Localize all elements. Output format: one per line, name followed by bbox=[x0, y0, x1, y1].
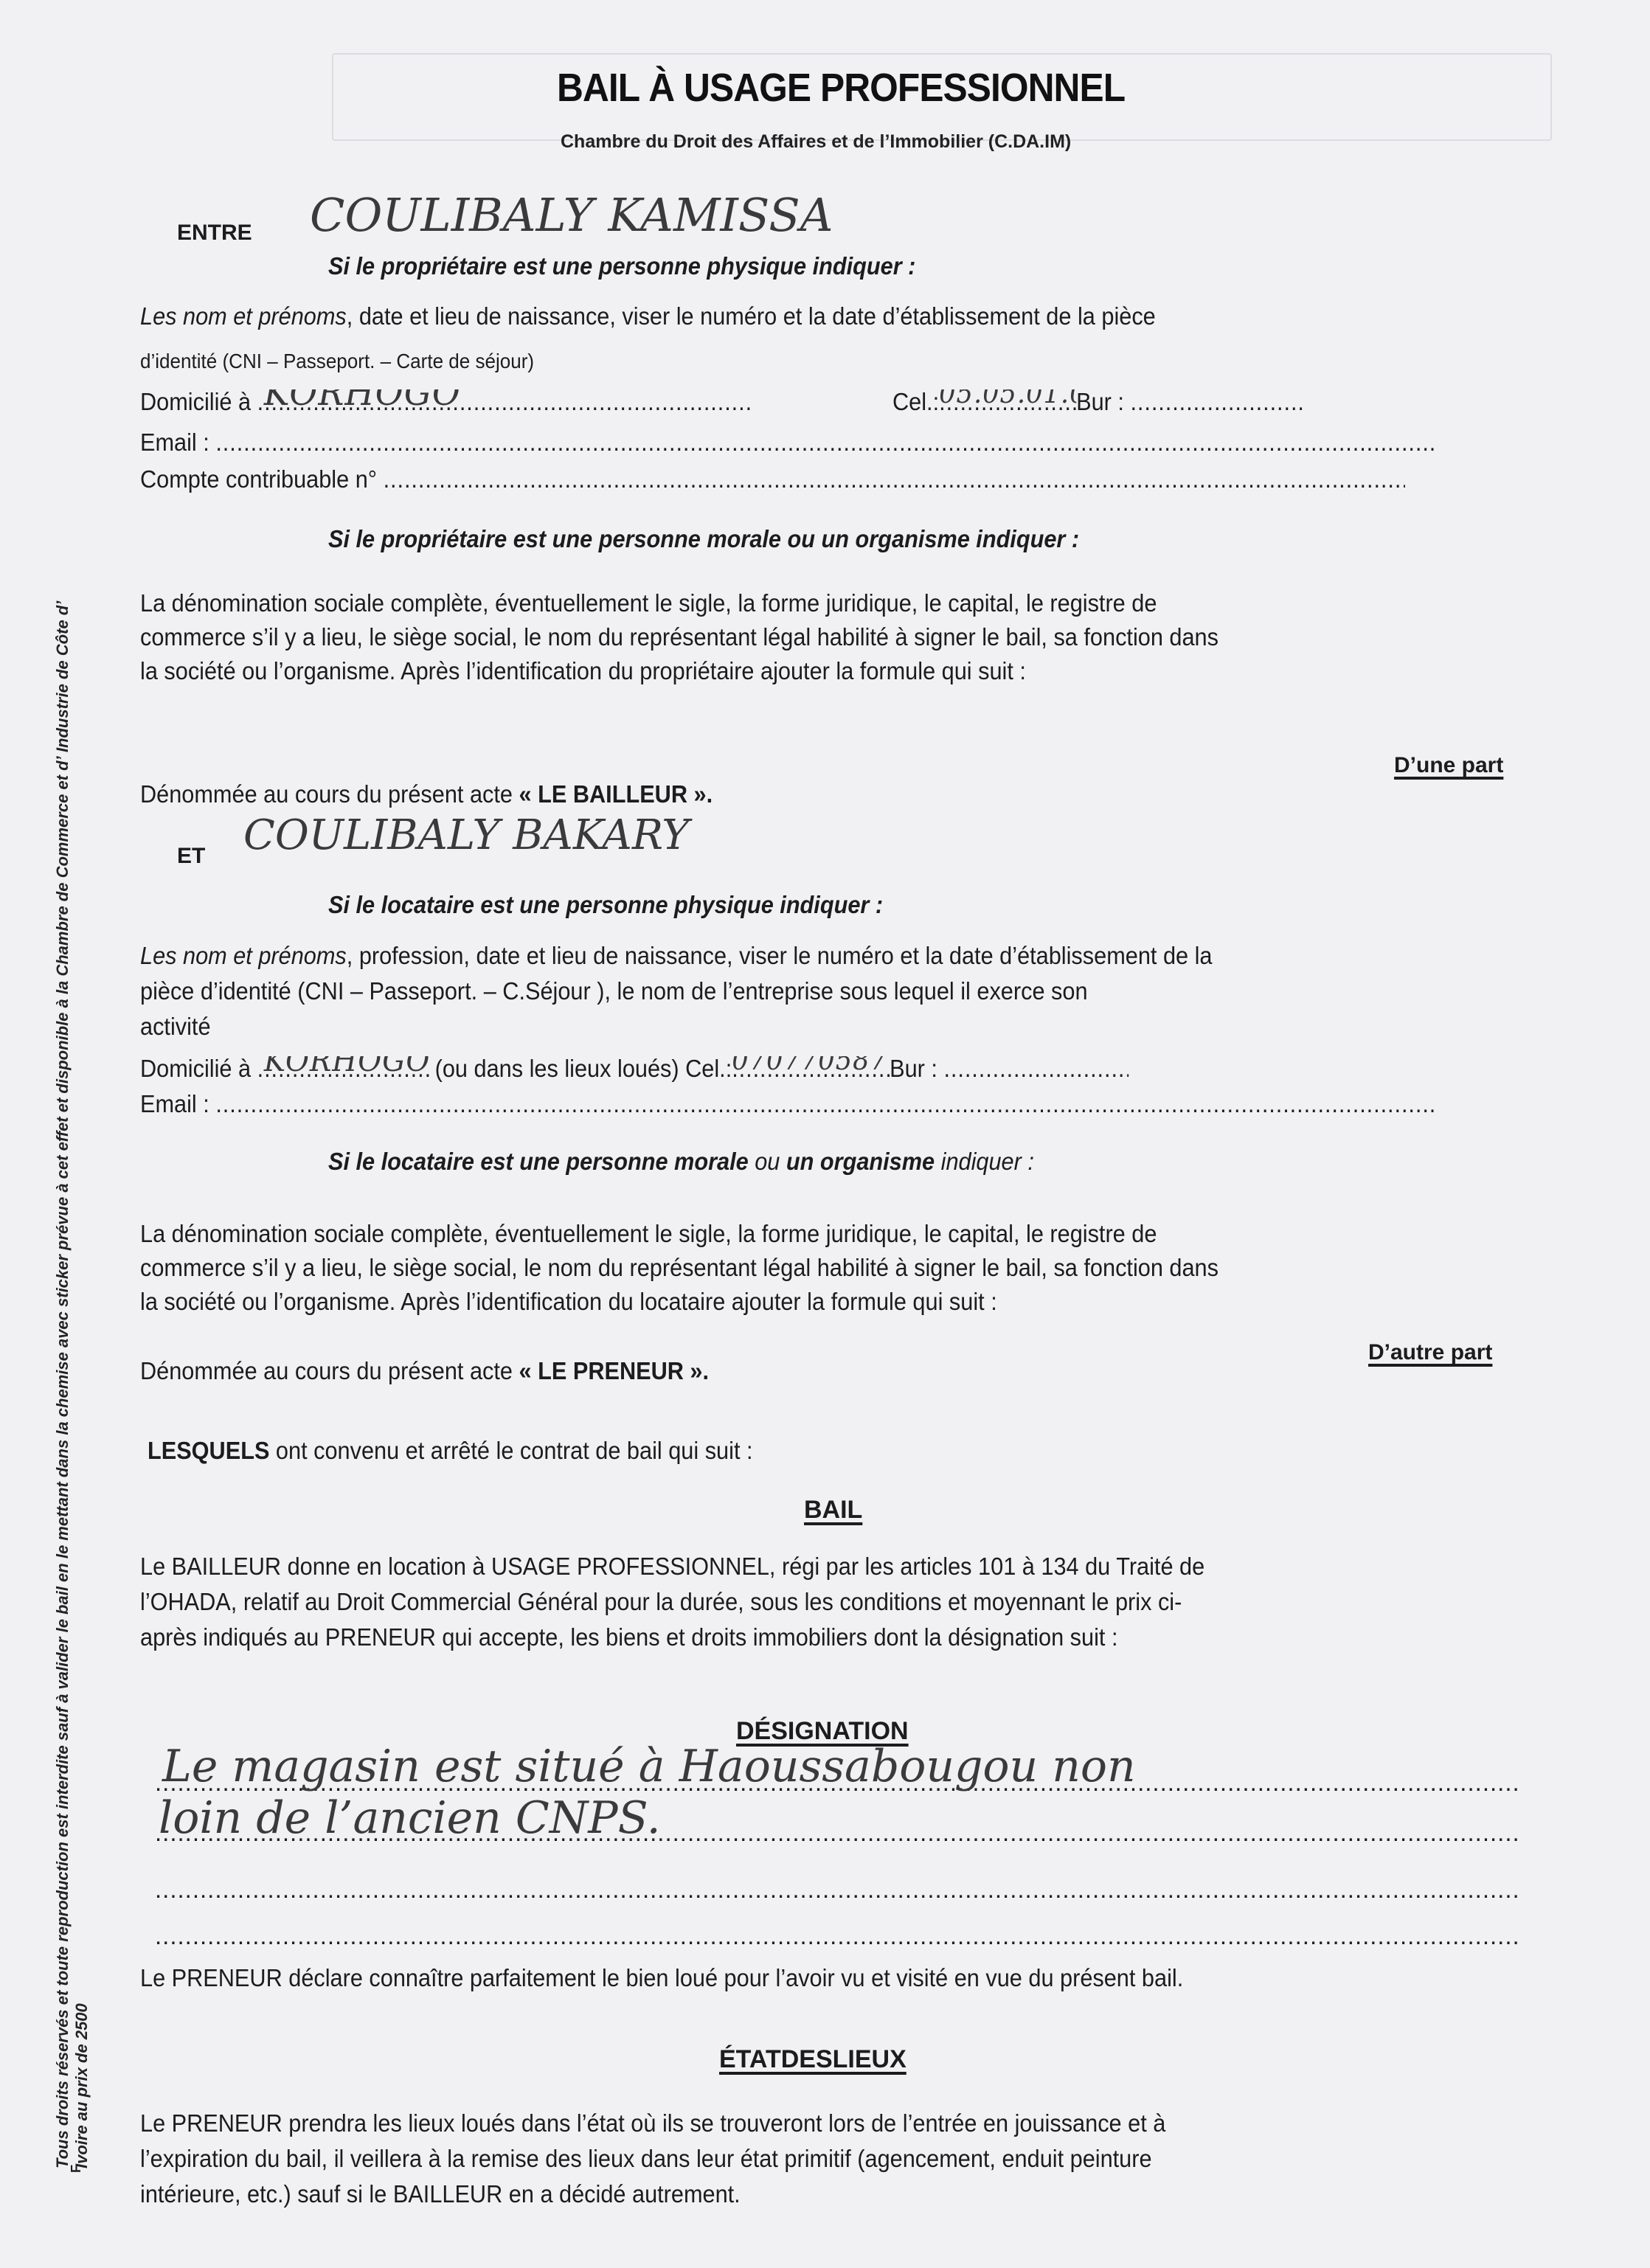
document-subtitle: Chambre du Droit des Affaires et de l’Im… bbox=[561, 131, 1071, 153]
entre-label: ENTRE bbox=[177, 221, 252, 245]
bailleur-bur-field[interactable]: ........................................… bbox=[1130, 389, 1301, 415]
bailleur-morale-line: la société ou l’organisme. Après l’ident… bbox=[140, 654, 1219, 688]
bailleur-role: « LE BAILLEUR ». bbox=[519, 780, 713, 808]
etat-line: Le PRENEUR prendra les lieux loués dans … bbox=[140, 2106, 1165, 2141]
bailleur-name-field[interactable]: COULIBALY KAMISSA bbox=[310, 188, 833, 242]
et-label: ET bbox=[177, 845, 205, 868]
bailleur-email-label: Email : bbox=[140, 429, 209, 456]
designation-declaration: Le PRENEUR déclare connaître parfaitemen… bbox=[140, 1966, 1183, 1991]
side-mark: F bbox=[69, 2165, 84, 2173]
designation-line-3[interactable]: ........................................… bbox=[155, 1877, 1527, 1903]
bail-line: l’OHADA, relatif au Droit Commercial Gén… bbox=[140, 1584, 1204, 1620]
bail-heading: BAIL bbox=[804, 1497, 862, 1524]
designation-handwritten-2: loin de l’ancien CNPS. bbox=[159, 1792, 661, 1844]
bailleur-denomination-prefix: Dénommée au cours du présent acte bbox=[140, 780, 513, 808]
bailleur-bur-label: Bur : bbox=[1076, 388, 1124, 415]
preneur-physique-line3: activité bbox=[140, 1009, 1213, 1044]
bail-line: Le BAILLEUR donne en location à USAGE PR… bbox=[140, 1549, 1204, 1584]
side-notice: Tous droits réservés et toute reproducti… bbox=[53, 572, 91, 2168]
bailleur-cel-field[interactable]: ........................................… bbox=[939, 389, 1076, 415]
d-autre-part-label: D’autre part bbox=[1368, 1341, 1492, 1364]
preneur-bur-field[interactable]: ........................................… bbox=[943, 1056, 1129, 1082]
bail-line: après indiqués au PRENEUR qui accepte, l… bbox=[140, 1620, 1204, 1655]
d-une-part-label: D’une part bbox=[1394, 754, 1503, 777]
preneur-email-field[interactable]: ........................................… bbox=[215, 1092, 1436, 1117]
document-title: BAIL À USAGE PROFESSIONNEL bbox=[557, 65, 1125, 111]
preneur-bur-label: Bur : bbox=[890, 1055, 937, 1082]
preneur-name-field[interactable]: COULIBALY BAKARY bbox=[243, 811, 689, 859]
preneur-cel-field[interactable]: ........................................… bbox=[732, 1056, 890, 1082]
bailleur-email-field[interactable]: ........................................… bbox=[215, 430, 1436, 456]
bailleur-cel-label: Cel.: bbox=[892, 388, 939, 415]
bailleur-morale-heading: Si le propriétaire est une personne mora… bbox=[328, 525, 1079, 553]
preneur-physique-heading: Si le locataire est une personne physiqu… bbox=[328, 891, 883, 919]
bailleur-domicile-field[interactable]: ........................................… bbox=[257, 389, 752, 415]
preneur-morale-line: La dénomination sociale complète, éventu… bbox=[140, 1217, 1219, 1251]
preneur-domicile-field[interactable]: ........................................… bbox=[257, 1056, 429, 1082]
preneur-email-label: Email : bbox=[140, 1090, 209, 1117]
etat-line: intérieure, etc.) sauf si le BAILLEUR en… bbox=[140, 2177, 1165, 2212]
bailleur-morale-line: La dénomination sociale complète, éventu… bbox=[140, 586, 1219, 620]
lesquels-bold: LESQUELS bbox=[148, 1437, 269, 1464]
label-nom-prenoms: Les nom et prénoms bbox=[140, 302, 347, 330]
preneur-physique-line2: pièce d’identité (CNI – Passeport. – C.S… bbox=[140, 974, 1213, 1009]
lesquels-text: ont convenu et arrêté le contrat de bail… bbox=[269, 1437, 752, 1464]
preneur-physique-text: , profession, date et lieu de naissance,… bbox=[347, 942, 1213, 969]
preneur-morale-heading-a: Si le locataire est une personne morale bbox=[328, 1148, 749, 1175]
bailleur-morale-line: commerce s’il y a lieu, le siège social,… bbox=[140, 620, 1219, 654]
etat-des-lieux-heading: ÉTATDESLIEUX bbox=[719, 2047, 907, 2073]
preneur-morale-line: la société ou l’organisme. Après l’ident… bbox=[140, 1285, 1219, 1319]
designation-line-4[interactable]: ........................................… bbox=[155, 1924, 1527, 1949]
preneur-denomination-prefix: Dénommée au cours du présent acte bbox=[140, 1357, 513, 1384]
designation-handwritten-1: Le magasin est situé à Haoussabougou non bbox=[162, 1741, 1136, 1792]
label-nom-prenoms: Les nom et prénoms bbox=[140, 942, 347, 969]
etat-line: l’expiration du bail, il veillera à la r… bbox=[140, 2141, 1165, 2177]
bailleur-compte-field[interactable]: ........................................… bbox=[384, 467, 1406, 493]
bailleur-physique-heading: Si le propriétaire est une personne phys… bbox=[328, 252, 915, 280]
bailleur-physique-text: , date et lieu de naissance, viser le nu… bbox=[347, 302, 1156, 330]
bailleur-piece-identite: d’identité (CNI – Passeport. – Carte de … bbox=[140, 350, 534, 372]
bailleur-domicile-label: Domicilié à bbox=[140, 388, 251, 415]
bailleur-compte-label: Compte contribuable n° bbox=[140, 465, 377, 493]
preneur-lieux-label: (ou dans les lieux loués) Cel.: bbox=[435, 1055, 732, 1082]
preneur-morale-line: commerce s’il y a lieu, le siège social,… bbox=[140, 1251, 1219, 1285]
preneur-domicile-label: Domicilié à bbox=[140, 1055, 251, 1082]
preneur-role: « LE PRENEUR ». bbox=[519, 1357, 710, 1384]
